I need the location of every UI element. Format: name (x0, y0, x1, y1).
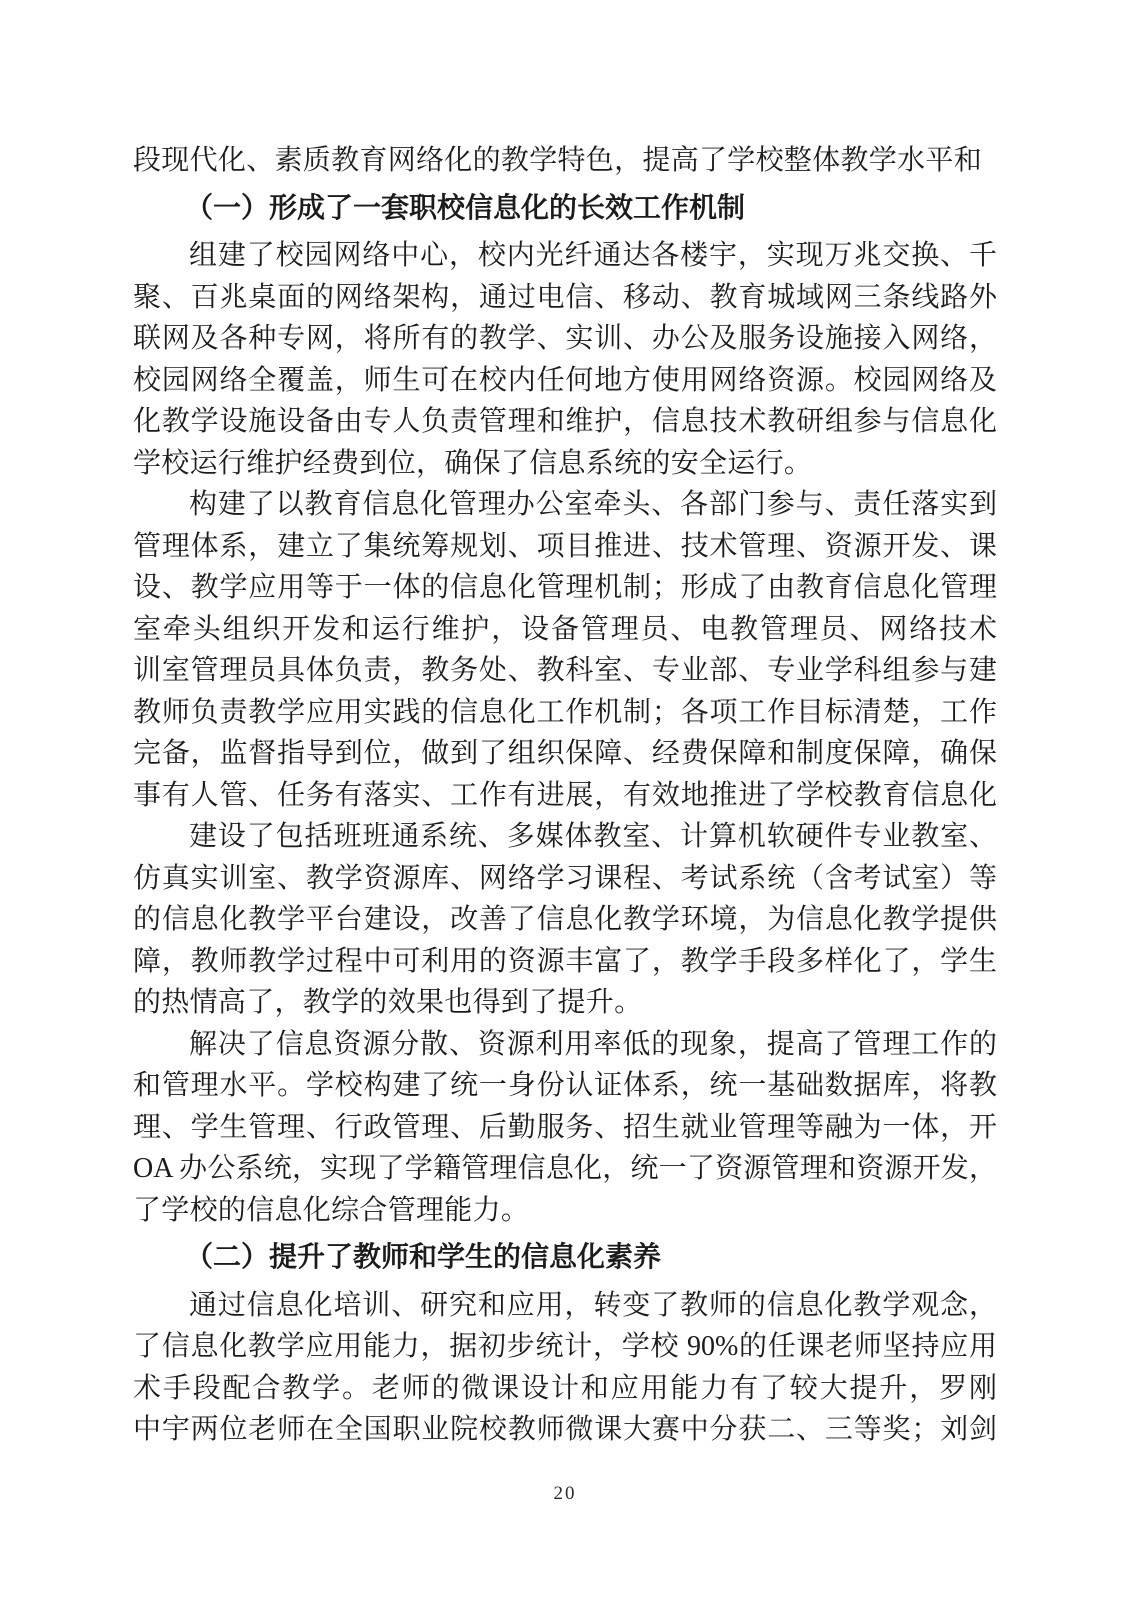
text-line: 化教学设施设备由专人负责管理和维护，信息技术教研组参与信息化建设， (133, 401, 997, 443)
text-line: 学校运行维护经费到位，确保了信息系统的安全运行。 (133, 443, 997, 485)
text-line: 组建了校园网络中心，校内光纤通达各楼宇，实现万兆交换、千兆汇 (133, 235, 997, 277)
text-line: 管理体系，建立了集统筹规划、项目推进、技术管理、资源开发、课程建 (133, 526, 997, 568)
text-line: 聚、百兆桌面的网络架构，通过电信、移动、教育城域网三条线路外接互 (133, 277, 997, 319)
text-line: 障，教师教学过程中可利用的资源丰富了，教学手段多样化了，学生参与 (133, 941, 997, 983)
text-line: 校园网络全覆盖，师生可在校内任何地方使用网络资源。校园网络及信息 (133, 360, 997, 402)
text-line: 仿真实训室、教学资源库、网络学习课程、考试系统（含考试室）等在内 (133, 858, 997, 900)
text-line: 了信息化教学应用能力，据初步统计，学校 90%的任课老师坚持应用信息技 (133, 1326, 997, 1368)
text-line: 中宇两位老师在全国职业院校教师微课大赛中分获二、三等奖；刘剑老师 (133, 1409, 997, 1451)
text-line: 的热情高了，教学的效果也得到了提升。 (133, 982, 997, 1024)
text-line: 术手段配合教学。老师的微课设计和应用能力有了较大提升，罗刚承、范 (133, 1368, 997, 1410)
text-line: 设、教学应用等于一体的信息化管理机制；形成了由教育信息化管理办公 (133, 567, 997, 609)
text-line: 事有人管、任务有落实、工作有进展，有效地推进了学校教育信息化工作。 (133, 775, 997, 817)
text-line: 室牵头组织开发和运行维护，设备管理员、电教管理员、网络技术员、实 (133, 609, 997, 651)
text-line: 训室管理员具体负责，教务处、教科室、专业部、专业学科组参与建设， (133, 650, 997, 692)
text-line: 解决了信息资源分散、资源利用率低的现象，提高了管理工作的效率 (133, 1024, 997, 1066)
text-line: 建设了包括班班通系统、多媒体教室、计算机软硬件专业教室、虚拟 (133, 816, 997, 858)
section-heading: （二）提升了教师和学生的信息化素养 (133, 1237, 997, 1279)
text-line: 段现代化、素质教育网络化的教学特色，提高了学校整体教学水平和质量。 (133, 140, 997, 182)
page-number: 20 (133, 1483, 997, 1505)
text-line: OA 办公系统，实现了学籍管理信息化，统一了资源管理和资源开发，提高 (133, 1148, 997, 1190)
text-line: 联网及各种专网，将所有的教学、实训、办公及服务设施接入网络，做到 (133, 318, 997, 360)
text-line: 完备，监督指导到位，做到了组织保障、经费保障和制度保障，确保了事 (133, 733, 997, 775)
text-line: 了学校的信息化综合管理能力。 (133, 1190, 997, 1232)
text-line: 构建了以教育信息化管理办公室牵头、各部门参与、责任落实到人的 (133, 484, 997, 526)
text-line: 理、学生管理、行政管理、后勤服务、招生就业管理等融为一体，开通了 (133, 1107, 997, 1149)
text-line: 的信息化教学平台建设，改善了信息化教学环境，为信息化教学提供了保 (133, 899, 997, 941)
document-page: 段现代化、素质教育网络化的教学特色，提高了学校整体教学水平和质量。 （一）形成了… (0, 0, 1131, 1600)
text-line: 教师负责教学应用实践的信息化工作机制；各项工作目标清楚，工作流程 (133, 692, 997, 734)
text-line: 和管理水平。学校构建了统一身份认证体系，统一基础数据库，将教务管 (133, 1065, 997, 1107)
text-line: 通过信息化培训、研究和应用，转变了教师的信息化教学观念，提高 (133, 1285, 997, 1327)
section-heading: （一）形成了一套职校信息化的长效工作机制 (133, 188, 997, 230)
